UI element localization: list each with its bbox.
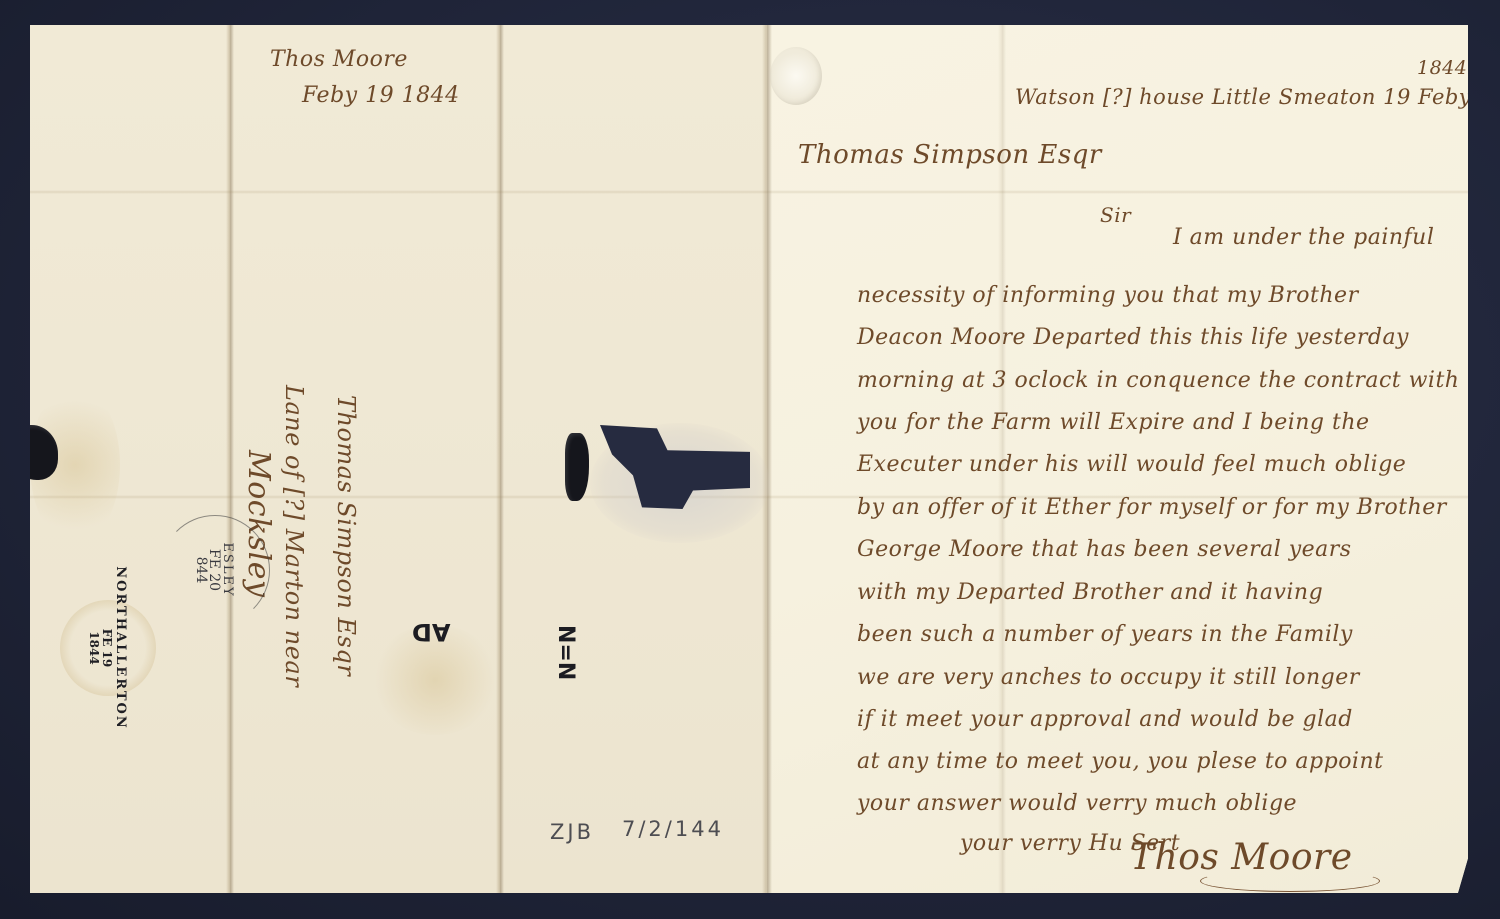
letter-body-line: been such a number of years in the Famil…: [857, 622, 1353, 647]
letter-sheet: Thos Moore Feby 19 1844 Thomas Simpson E…: [30, 25, 1468, 893]
letter-body-line: I am under the painful: [1173, 225, 1434, 250]
letter-body-line: with my Departed Brother and it having: [857, 580, 1323, 605]
wax-seal-remnant: [8, 425, 58, 480]
letter-body-line: necessity of informing you that my Broth…: [857, 283, 1359, 308]
letter-body-line: if it meet your approval and would be gl…: [857, 707, 1353, 732]
rate-mark: N=N: [553, 625, 578, 680]
fold-line: [226, 25, 234, 893]
letter-body-line: Executer under his will would feel much …: [857, 452, 1406, 477]
letter-body-line: at any time to meet you, you plese to ap…: [857, 749, 1383, 774]
postmark-date: FE 19: [101, 629, 114, 668]
fold-line: [496, 25, 504, 893]
letter-salutation: Sir: [1100, 203, 1131, 227]
letter-body-line: by an offer of it Ether for myself or fo…: [857, 495, 1447, 520]
docket-name: Thos Moore: [270, 47, 408, 72]
letter-body-line: George Moore that has been several years: [857, 537, 1352, 562]
letter-body-line: Deacon Moore Departed this this life yes…: [857, 325, 1409, 350]
letter-year: 1844: [1417, 57, 1467, 79]
archival-pencil-date: 7/2/144: [622, 817, 724, 841]
address-line-locality: Lane of [?] Marton near: [280, 385, 308, 687]
letter-recipient: Thomas Simpson Esqr: [798, 140, 1102, 170]
docket-date: Feby 19 1844: [302, 83, 460, 108]
fold-line: [762, 25, 772, 893]
rate-mark: AD: [412, 618, 451, 646]
letter-body-line: your answer would verry much oblige: [857, 791, 1297, 816]
archival-pencil-initials: ZJB: [550, 820, 594, 844]
northallerton-postmark: NORTHALLERTON FE 19 1844: [60, 600, 156, 696]
postmark-town: ESLEY: [221, 542, 236, 597]
postmark-year: 1844: [88, 631, 101, 664]
wax-seal-remnant: [565, 433, 589, 501]
signature-flourish: [1200, 870, 1380, 892]
letter-body-line: you for the Farm will Expire and I being…: [857, 410, 1370, 435]
letter-body-line: morning at 3 oclock in conquence the con…: [857, 368, 1459, 393]
receiving-postmark: ESLEY FE 20 844: [160, 515, 270, 625]
postmark-date: FE 20: [208, 549, 221, 591]
address-line-recipient: Thomas Simpson Esqr: [332, 395, 360, 676]
postmark-year: 844: [195, 557, 208, 584]
embossed-paper-seal: [770, 47, 822, 105]
postmark-town: NORTHALLERTON: [114, 566, 129, 729]
letter-heading: Watson [?] house Little Smeaton 19 Feby: [1015, 85, 1471, 109]
letter-body-line: we are very anches to occupy it still lo…: [857, 665, 1360, 690]
fold-line: [30, 190, 1468, 194]
